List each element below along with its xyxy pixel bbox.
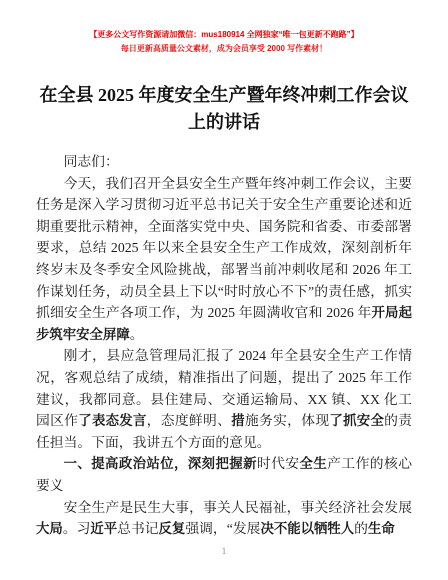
promo-line-2: 每日更新高质量公文素材，成为会员享受 2000 写作素材！ <box>0 42 448 56</box>
document-body: 同志们：今天，我们召开全县安全生产暨年终冲刺工作会议，主要任务是深入学习贯彻习近… <box>0 151 448 540</box>
doc-title-line-2: 上的讲话 <box>0 109 448 136</box>
paragraph-heading: 一、提高政治站位，深刻把握新时代安全生产工作的核心要义 <box>36 453 412 496</box>
page-number: 1 <box>0 546 448 556</box>
paragraph-body: 安全生产是民生大事，事关人民福祉，事关经济社会发展大局。习近平总书记反复强调，“… <box>36 497 412 540</box>
paragraph-body: 刚才，县应急管理局汇报了 2024 年全县安全生产工作情况，客观总结了成绩，精准… <box>36 345 412 453</box>
doc-title-line-1: 在全县 2025 年度安全生产暨年终冲刺工作会议 <box>0 82 448 109</box>
promo-line-1: 【更多公文写作资源请加微信：mus180914 全网独家“唯一包更新不跑路”】 <box>0 28 448 42</box>
doc-title: 在全县 2025 年度安全生产暨年终冲刺工作会议 上的讲话 <box>0 82 448 136</box>
paragraph-salutation: 同志们： <box>36 151 412 173</box>
paragraph-body: 今天，我们召开全县安全生产暨年终冲刺工作会议，主要任务是深入学习贯彻习近平总书记… <box>36 173 412 346</box>
promo-header: 【更多公文写作资源请加微信：mus180914 全网独家“唯一包更新不跑路”】 … <box>0 0 448 55</box>
document-page: { "promo_header": { "color": "#e60000", … <box>0 0 448 580</box>
